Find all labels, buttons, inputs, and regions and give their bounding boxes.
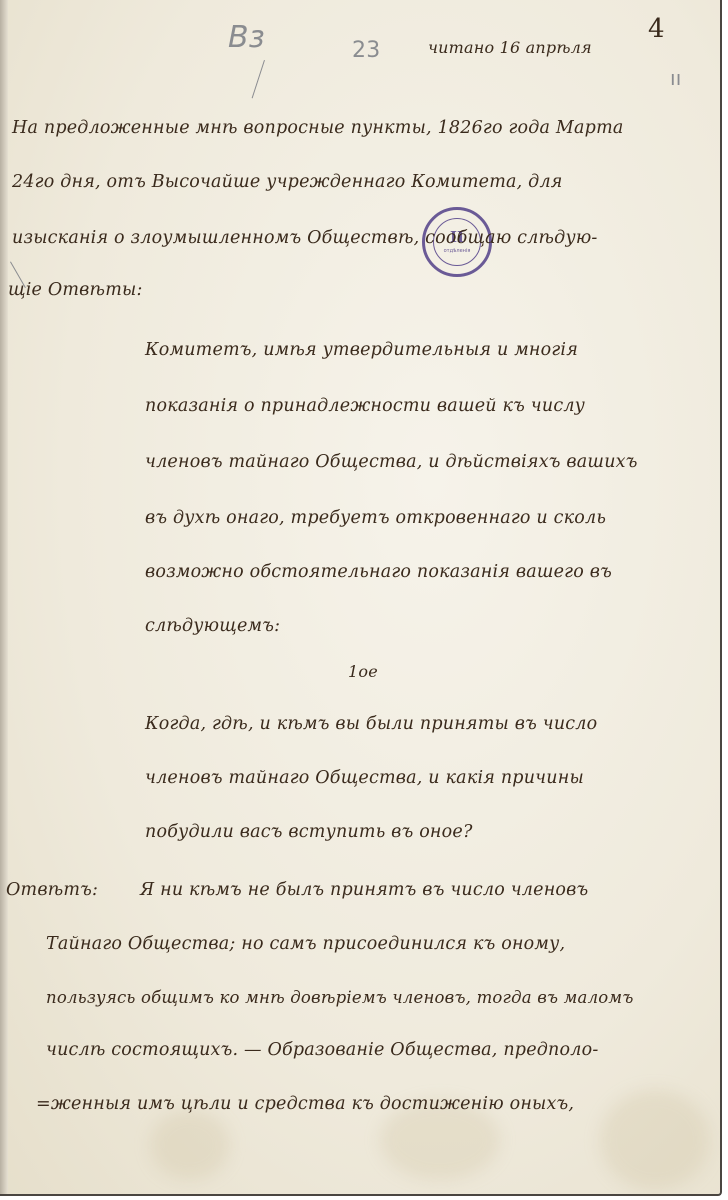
pencil-folio-number: 23 <box>352 38 380 63</box>
intro-line-1: На предложенные мнѣ вопросные пункты, 18… <box>12 118 624 138</box>
pencil-stroke <box>252 60 265 98</box>
answer-line-1: Я ни кѣмъ не былъ принятъ въ число члено… <box>140 880 588 900</box>
preamble-line-3: членовъ тайнаго Общества, и дѣйствіяхъ в… <box>145 452 638 472</box>
answer-line-2: Тайнаго Общества; но самъ присоединился … <box>46 934 565 954</box>
intro-line-2: 24го дня, отъ Высочайше учрежденнаго Ком… <box>12 172 563 192</box>
paper-stain <box>600 1090 710 1190</box>
paper-stain <box>150 1110 230 1180</box>
folio-number: 4 <box>648 14 665 44</box>
answer-line-3: пользуясь общимъ ко мнѣ довѣріемъ членов… <box>46 988 634 1007</box>
intro-line-4: щіе Отвѣты: <box>8 280 143 300</box>
preamble-line-4: въ духѣ онаго, требуетъ откровеннаго и с… <box>145 508 606 528</box>
manuscript-page: Вз 23 читано 16 апрѣля 4 ıı II отдѣленія… <box>0 0 722 1196</box>
question-line-1: Когда, гдѣ, и кѣмъ вы были приняты въ чи… <box>145 714 597 734</box>
question-line-3: побудили васъ вступить въ оное? <box>145 822 473 842</box>
answer-label: Отвѣтъ: <box>6 880 98 900</box>
pencil-initial: Вз <box>228 20 265 55</box>
reading-date-note: читано 16 апрѣля <box>428 38 592 57</box>
intro-line-3: изысканія о злоумышленномъ Обществѣ, соо… <box>12 228 598 248</box>
question-number: 1ое <box>348 662 378 681</box>
stamp-subtext: отдѣленія <box>444 248 471 254</box>
answer-line-4: числѣ состоящихъ. — Образованіе Общества… <box>46 1040 598 1060</box>
preamble-line-1: Комитетъ, имѣя утвердительныя и многія <box>145 340 578 360</box>
question-line-2: членовъ тайнаго Общества, и какія причин… <box>145 768 584 788</box>
preamble-line-5: возможно обстоятельнаго показанія вашего… <box>145 562 612 582</box>
preamble-line-2: показанія о принадлежности вашей къ числ… <box>145 396 585 416</box>
answer-line-5: =женныя имъ цѣли и средства къ достижені… <box>36 1094 574 1114</box>
preamble-line-6: слѣдующемъ: <box>145 616 280 636</box>
pencil-mark: ıı <box>670 66 682 90</box>
